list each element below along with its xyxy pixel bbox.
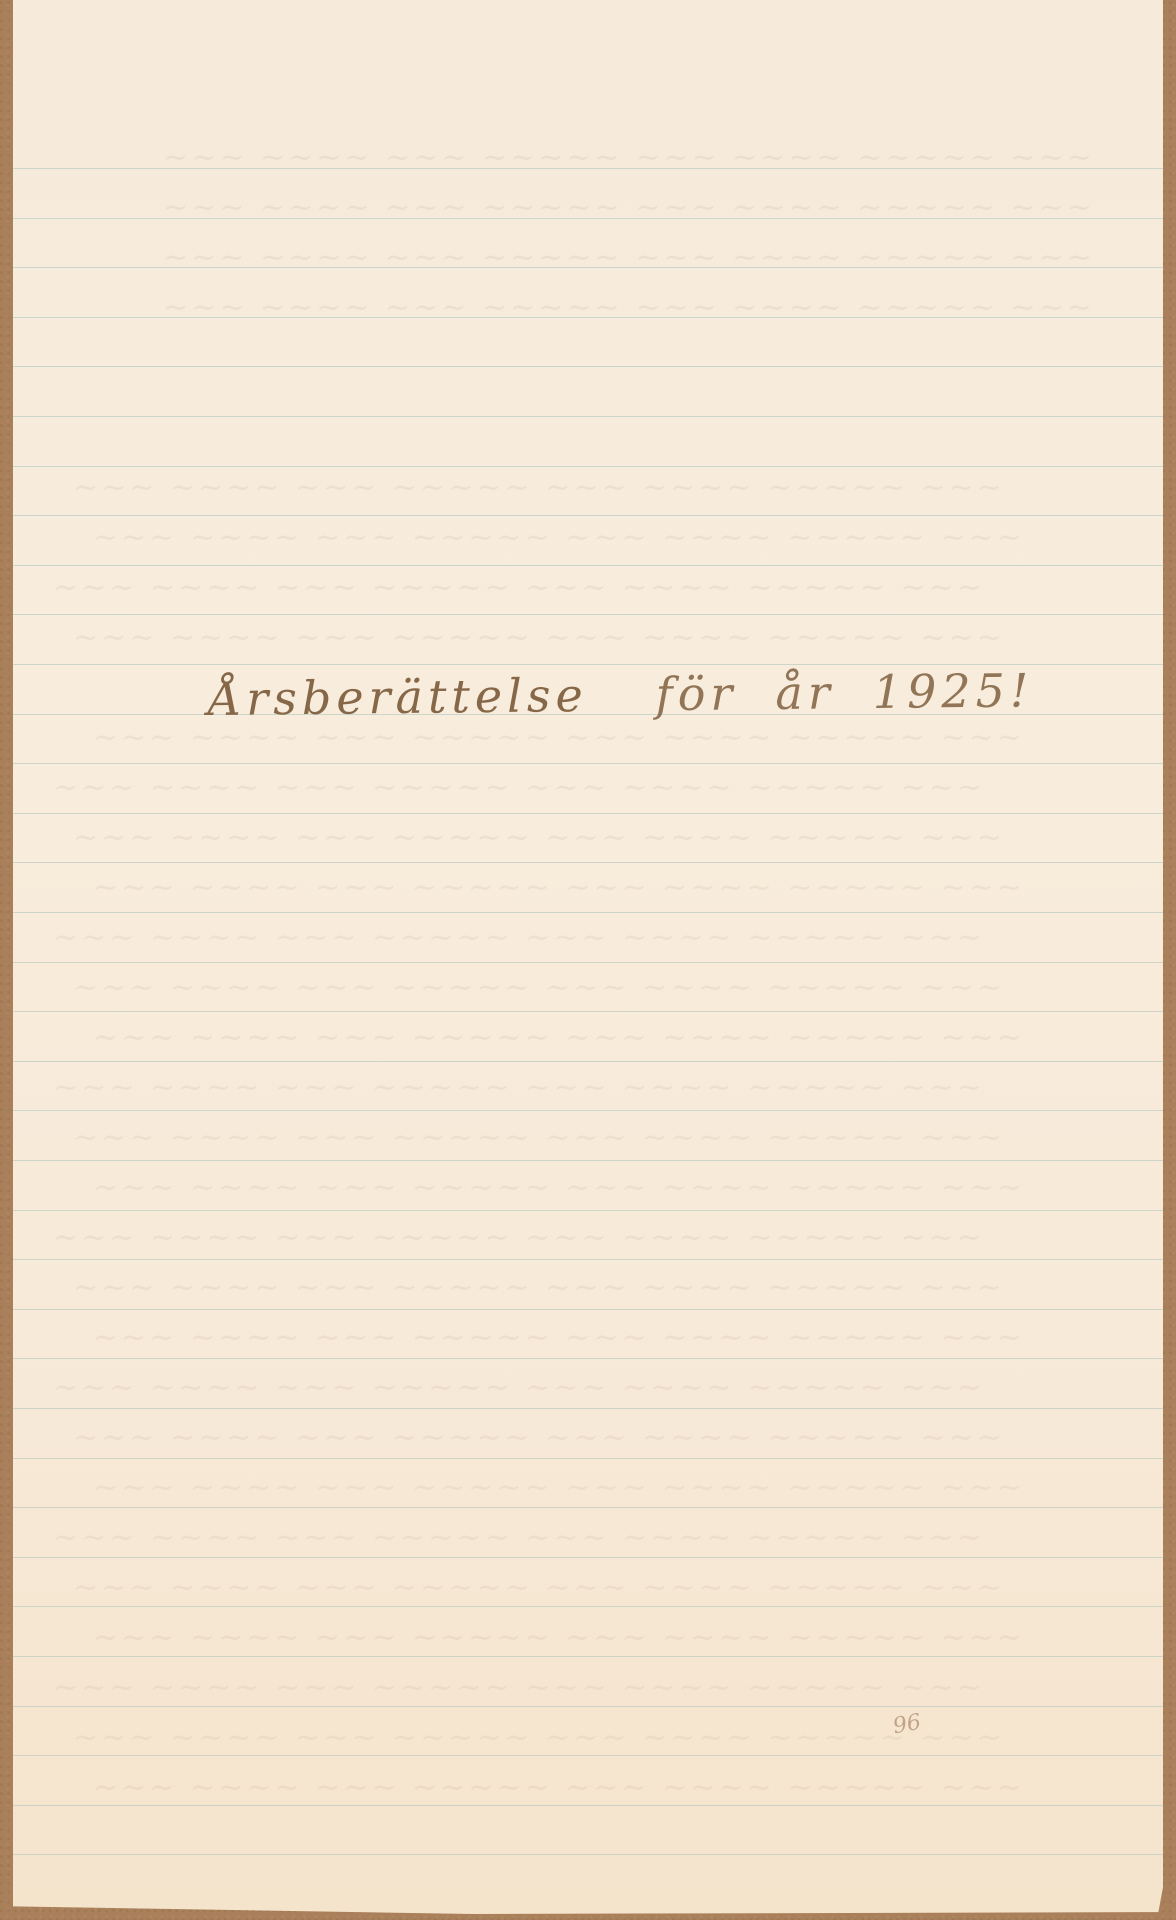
bleed-through-line: ~~~ ~~~~ ~~~ ~~~~~ ~~~ ~~~~ ~~~~~ ~~~ [73,1720,1133,1760]
rule-line [13,1210,1163,1211]
rule-line [13,763,1163,764]
rule-line [13,614,1163,615]
heading-word-for: för [655,666,737,721]
bleed-through-line: ~~~ ~~~~ ~~~ ~~~~~ ~~~ ~~~~ ~~~~~ ~~~ [53,1670,1133,1710]
bleed-through-line: ~~~ ~~~~ ~~~ ~~~~~ ~~~ ~~~~ ~~~~~ ~~~ [93,1470,1133,1510]
rule-line [13,565,1163,566]
bleed-through-line: ~~~ ~~~~ ~~~ ~~~~~ ~~~ ~~~~ ~~~~~ ~~~ [53,1520,1133,1560]
bleed-through-line: ~~~ ~~~~ ~~~ ~~~~~ ~~~ ~~~~ ~~~~~ ~~~ [73,1420,1133,1460]
rule-line [13,466,1163,467]
rule-line [13,1061,1163,1062]
bleed-through-line: ~~~ ~~~~ ~~~ ~~~~~ ~~~ ~~~~ ~~~~~ ~~~ [163,140,1133,180]
bleed-through-line: ~~~ ~~~~ ~~~ ~~~~~ ~~~ ~~~~ ~~~~~ ~~~ [93,870,1133,910]
bleed-through-line: ~~~ ~~~~ ~~~ ~~~~~ ~~~ ~~~~ ~~~~~ ~~~ [73,1120,1133,1160]
heading-year: 1925! [872,663,1033,719]
marginal-pencil-mark: 96 [891,1710,923,1739]
bleed-through-line: ~~~ ~~~~ ~~~ ~~~~~ ~~~ ~~~~ ~~~~~ ~~~ [93,1770,1133,1810]
bleed-through-line: ~~~ ~~~~ ~~~ ~~~~~ ~~~ ~~~~ ~~~~~ ~~~ [73,470,1133,510]
rule-line [13,813,1163,814]
heading-word-arsberattelse: Årsberättelse [208,668,588,726]
rule-line [13,1011,1163,1012]
bleed-through-line: ~~~ ~~~~ ~~~ ~~~~~ ~~~ ~~~~ ~~~~~ ~~~ [93,1320,1133,1360]
heading-word-ar: år [775,665,835,720]
bleed-through-line: ~~~ ~~~~ ~~~ ~~~~~ ~~~ ~~~~ ~~~~~ ~~~ [53,570,1133,610]
rule-line [13,1854,1163,1855]
bleed-through-line: ~~~ ~~~~ ~~~ ~~~~~ ~~~ ~~~~ ~~~~~ ~~~ [73,820,1133,860]
bleed-through-line: ~~~ ~~~~ ~~~ ~~~~~ ~~~ ~~~~ ~~~~~ ~~~ [93,1170,1133,1210]
rule-line [13,912,1163,913]
bleed-through-line: ~~~ ~~~~ ~~~ ~~~~~ ~~~ ~~~~ ~~~~~ ~~~ [73,620,1133,660]
bleed-through-line: ~~~ ~~~~ ~~~ ~~~~~ ~~~ ~~~~ ~~~~~ ~~~ [73,970,1133,1010]
page-heading: Årsberättelse för år 1925! [208,664,969,726]
bleed-through-line: ~~~ ~~~~ ~~~ ~~~~~ ~~~ ~~~~ ~~~~~ ~~~ [93,1620,1133,1660]
bleed-through-line: ~~~ ~~~~ ~~~ ~~~~~ ~~~ ~~~~ ~~~~~ ~~~ [163,190,1133,230]
rule-line [13,1160,1163,1161]
bleed-through-line: ~~~ ~~~~ ~~~ ~~~~~ ~~~ ~~~~ ~~~~~ ~~~ [53,1220,1133,1260]
bleed-through-line: ~~~ ~~~~ ~~~ ~~~~~ ~~~ ~~~~ ~~~~~ ~~~ [53,1370,1133,1410]
bleed-through-line: ~~~ ~~~~ ~~~ ~~~~~ ~~~ ~~~~ ~~~~~ ~~~ [93,720,1133,760]
rule-line [13,962,1163,963]
bleed-through-line: ~~~ ~~~~ ~~~ ~~~~~ ~~~ ~~~~ ~~~~~ ~~~ [53,1070,1133,1110]
bleed-through-line: ~~~ ~~~~ ~~~ ~~~~~ ~~~ ~~~~ ~~~~~ ~~~ [73,1270,1133,1310]
bleed-through-line: ~~~ ~~~~ ~~~ ~~~~~ ~~~ ~~~~ ~~~~~ ~~~ [93,1020,1133,1060]
rule-line [13,416,1163,417]
rule-line [13,366,1163,367]
document-page: ~~~ ~~~~ ~~~ ~~~~~ ~~~ ~~~~ ~~~~~ ~~~~~~… [13,0,1163,1914]
bleed-through-line: ~~~ ~~~~ ~~~ ~~~~~ ~~~ ~~~~ ~~~~~ ~~~ [53,770,1133,810]
rule-line [13,515,1163,516]
bleed-through-line: ~~~ ~~~~ ~~~ ~~~~~ ~~~ ~~~~ ~~~~~ ~~~ [163,240,1133,280]
rule-line [13,862,1163,863]
bleed-through-line: ~~~ ~~~~ ~~~ ~~~~~ ~~~ ~~~~ ~~~~~ ~~~ [163,290,1133,330]
bleed-through-line: ~~~ ~~~~ ~~~ ~~~~~ ~~~ ~~~~ ~~~~~ ~~~ [73,1570,1133,1610]
bleed-through-line: ~~~ ~~~~ ~~~ ~~~~~ ~~~ ~~~~ ~~~~~ ~~~ [93,520,1133,560]
bleed-through-line: ~~~ ~~~~ ~~~ ~~~~~ ~~~ ~~~~ ~~~~~ ~~~ [53,920,1133,960]
rule-line [13,1110,1163,1111]
